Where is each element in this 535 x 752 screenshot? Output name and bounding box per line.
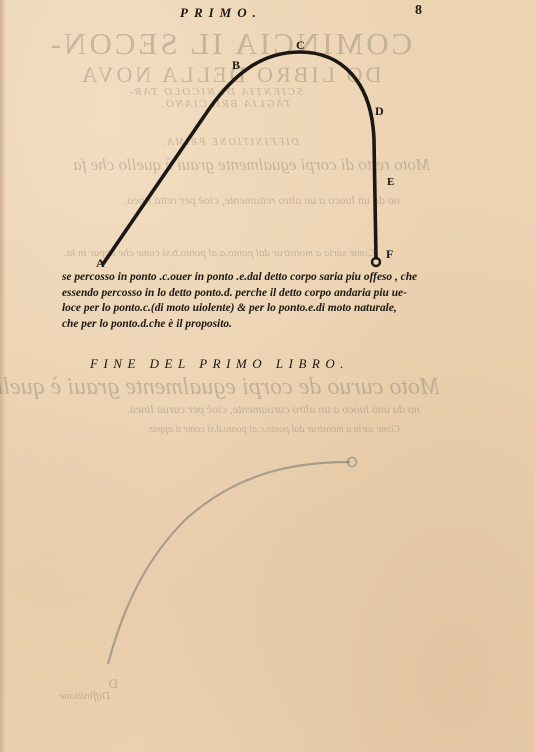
point-label-e: E: [387, 176, 394, 188]
body-paragraph: se percosso in ponto .c.ouer in ponto .e…: [62, 270, 482, 332]
end-of-book-heading: FINE DEL PRIMO LIBRO.: [90, 356, 349, 372]
body-line: che per lo ponto.d.che è il proposito.: [62, 317, 482, 333]
point-label-d: D: [375, 104, 384, 119]
book-page: COMINCIA IL SECON- DO LIBRO DELLA NOVA S…: [0, 0, 535, 752]
point-label-b: B: [232, 58, 240, 73]
body-line: se percosso in ponto .c.ouer in ponto .e…: [62, 270, 482, 286]
body-line: essendo percosso in lo detto ponto.d. pe…: [62, 286, 482, 302]
bleed-through-arc: [108, 462, 350, 664]
point-label-a: A: [96, 256, 105, 271]
body-line: loce per lo ponto.c.(di moto uiolente) &…: [62, 301, 482, 317]
trajectory-curve: [103, 52, 376, 264]
trajectory-diagram: [0, 0, 535, 752]
point-label-f: F: [386, 247, 393, 262]
point-label-c: C: [296, 38, 305, 53]
